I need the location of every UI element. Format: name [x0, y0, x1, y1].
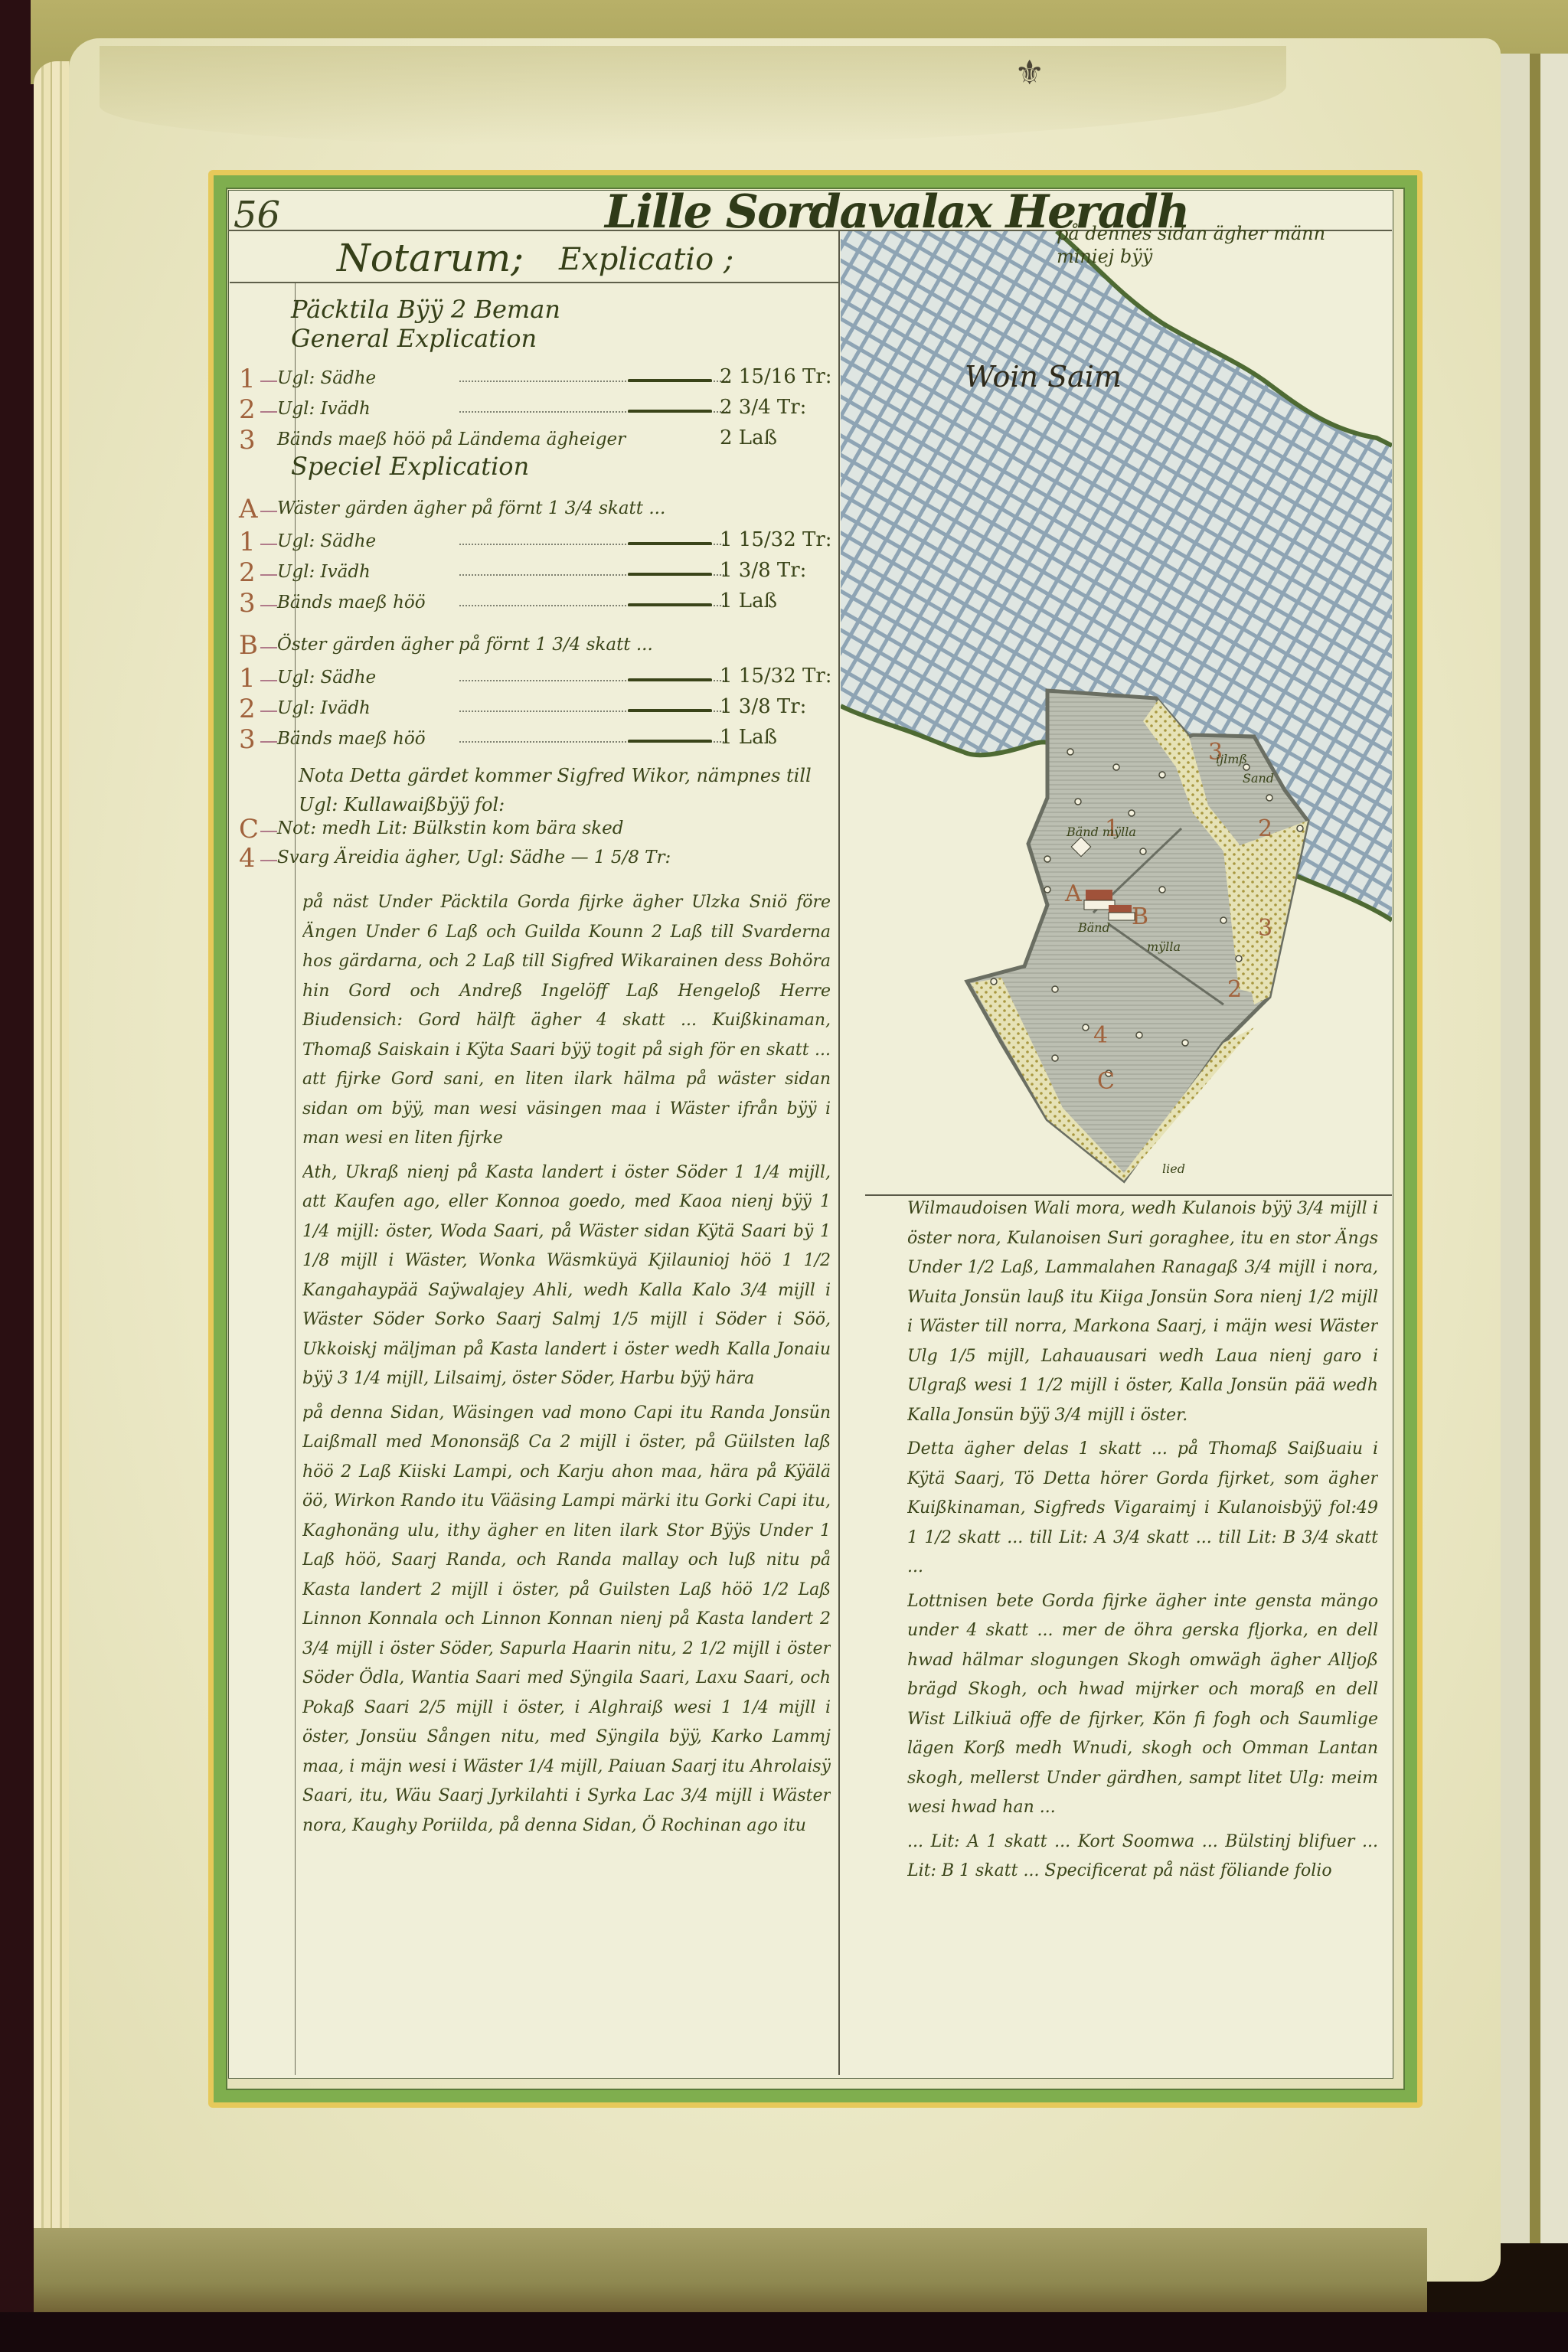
row-dash: [260, 680, 277, 681]
ledger-row: 2 Ugl: Ivädh 2 3/4 Tr:: [230, 396, 835, 426]
row-dash: [260, 831, 277, 832]
svg-text:2: 2: [1227, 976, 1242, 1003]
row-dash: [260, 860, 277, 861]
special-explication-title: Speciel Explication: [291, 452, 529, 481]
ledger-row: 1 Ugl: Sädhe 1 15/32 Tr:: [230, 665, 835, 695]
prose-paragraph: Ath, Ukraß nienj på Kasta landert i öste…: [302, 1158, 831, 1394]
row-mark: 2: [239, 694, 269, 724]
ledger-group-heading: A Wäster gärden ägher på förnt 1 3/4 ska…: [230, 495, 835, 526]
row-rule: [628, 678, 712, 681]
row-qty: 1 Laß: [720, 590, 777, 612]
row-dash: [260, 411, 277, 413]
book-cover-shadow: [0, 0, 34, 2352]
row-qty: 1 15/32 Tr:: [720, 665, 832, 688]
row-qty: 1 3/8 Tr:: [720, 695, 806, 718]
row-rule: [628, 379, 712, 382]
row-desc: Bänds maeß höö: [277, 593, 426, 612]
lake-label: Woin Saim: [965, 360, 1122, 394]
row-desc: Ugl: Ivädh: [277, 698, 371, 718]
svg-text:Bänd mÿlla: Bänd mÿlla: [1066, 825, 1136, 839]
svg-text:3: 3: [1258, 915, 1272, 942]
row-qty: 1 15/32 Tr:: [720, 528, 832, 551]
row-rule: [628, 573, 712, 576]
village-line: Päcktila Bÿÿ 2 Beman: [291, 295, 560, 324]
right-prose: Wilmaudoisen Wali mora, wedh Kulanois bÿ…: [907, 1194, 1378, 2075]
general-explication-title: General Explication: [291, 324, 537, 353]
row-mark: C: [239, 814, 269, 844]
prose-paragraph: på denna Sidan, Wäsingen vad mono Capi i…: [302, 1399, 831, 1841]
row-rule: [628, 410, 712, 413]
nota-text: Nota Detta gärdet kommer Sigfred Wikor, …: [299, 761, 827, 819]
row-rule: [628, 603, 712, 606]
prose-paragraph: Detta ägher delas 1 skatt ... på Thomaß …: [907, 1435, 1378, 1583]
row-dash: [260, 544, 277, 545]
subheader-row: [230, 230, 838, 283]
row-dash: [260, 574, 277, 576]
left-prose: på näst Under Päcktila Gorda fijrke äghe…: [302, 888, 831, 2075]
row-desc: Not: medh Lit: Bülkstin kom bära sked: [277, 818, 623, 838]
group-mark: B: [239, 630, 269, 661]
row-dash: [260, 741, 277, 743]
row-desc: Ugl: Sädhe: [277, 368, 376, 388]
ledger-row: 3 Bänds maeß höö 1 Laß: [230, 726, 835, 756]
ledger-row: 1 Ugl: Sädhe 1 15/32 Tr:: [230, 528, 835, 559]
row-desc: Ugl: Ivädh: [277, 562, 371, 582]
row-mark: 4: [239, 843, 269, 874]
notarum-label: Notarum;: [337, 236, 524, 280]
ledger-group-heading: B Öster gärden ägher på förnt 1 3/4 skat…: [230, 632, 835, 662]
row-mark: 3: [239, 425, 269, 456]
row-rule: [628, 542, 712, 545]
row-dash: [260, 511, 277, 512]
page-bottom-shadow: [34, 2228, 1427, 2320]
row-desc: Svarg Äreidia ägher, Ugl: Sädhe — 1 5/8 …: [277, 848, 671, 867]
svg-text:C: C: [1097, 1068, 1115, 1095]
row-qty: 2 3/4 Tr:: [720, 396, 806, 419]
svg-text:Sand: Sand: [1243, 771, 1274, 786]
prose-paragraph: Lottnisen bete Gorda fijrke ägher inte g…: [907, 1587, 1378, 1823]
row-qty: 2 15/16 Tr:: [720, 365, 832, 388]
nota-block: Nota Detta gärdet kommer Sigfred Wikor, …: [230, 758, 835, 818]
row-desc: Bänds maeß höö: [277, 729, 426, 749]
row-mark: 3: [239, 588, 269, 619]
row-dash: [260, 605, 277, 606]
ledger-row: 3 Bänds maeß höö 1 Laß: [230, 590, 835, 620]
row-mark: 3: [239, 724, 269, 755]
row-qty: 1 Laß: [720, 726, 777, 749]
row-desc: Ugl: Sädhe: [277, 531, 376, 551]
row-desc: Ugl: Sädhe: [277, 668, 376, 688]
ledger-row: 2 Ugl: Ivädh 1 3/8 Tr:: [230, 695, 835, 726]
row-dash: [260, 710, 277, 712]
photo-scene: ⚜ 56 Lille Sordavalax Heradh Notarum; Ex…: [0, 0, 1568, 2352]
ledger-row: 1 Ugl: Sädhe 2 15/16 Tr:: [230, 365, 835, 396]
row-rule: [628, 709, 712, 712]
fleur-de-lis-icon: ⚜: [1014, 54, 1044, 93]
estate-parcel: 1 2 2 3 3 4 A B C Bänd mÿlla Bänd mÿlla …: [967, 691, 1308, 1181]
column-divider: [838, 230, 840, 2075]
explicatio-label: Explicatio ;: [559, 242, 733, 277]
ledger-row-c: C Not: medh Lit: Bülkstin kom bära sked: [230, 815, 835, 846]
prose-paragraph: ... Lit: A 1 skatt ... Kort Soomwa ... B…: [907, 1828, 1378, 1886]
row-mark: 1: [239, 527, 269, 557]
prose-paragraph: på näst Under Päcktila Gorda fijrke äghe…: [302, 888, 831, 1154]
group-heading: Wäster gärden ägher på förnt 1 3/4 skatt…: [277, 498, 665, 518]
svg-text:ijlmß: ijlmß: [1216, 752, 1247, 766]
svg-text:2: 2: [1258, 815, 1272, 842]
prose-paragraph: Wilmaudoisen Wali mora, wedh Kulanois bÿ…: [907, 1194, 1378, 1430]
row-dash: [260, 381, 277, 382]
row-mark: 1: [239, 663, 269, 694]
bottom-dark-band: [0, 2312, 1568, 2352]
map-top-note: på dennes sidan ägher männ miniej bÿÿ: [1057, 222, 1386, 268]
row-qty: 2 Laß: [720, 426, 777, 449]
row-mark: 1: [239, 364, 269, 394]
ledger-row: 2 Ugl: Ivädh 1 3/8 Tr:: [230, 559, 835, 590]
svg-text:mÿlla: mÿlla: [1147, 939, 1181, 954]
row-qty: 1 3/8 Tr:: [720, 559, 806, 582]
row-mark: 2: [239, 557, 269, 588]
svg-text:A: A: [1064, 880, 1082, 907]
row-rule: [628, 740, 712, 743]
svg-text:B: B: [1132, 903, 1148, 930]
svg-text:4: 4: [1093, 1022, 1108, 1049]
row-desc: Ugl: Ivädh: [277, 399, 371, 419]
group-heading: Öster gärden ägher på förnt 1 3/4 skatt …: [277, 635, 653, 655]
row-mark: 2: [239, 394, 269, 425]
group-mark: A: [239, 494, 269, 524]
svg-text:Bänd: Bänd: [1077, 920, 1110, 935]
row-desc: Bänds maeß höö på Ländema ägheiger: [277, 430, 626, 449]
svg-text:lied: lied: [1162, 1161, 1185, 1176]
ledger-row-4: 4 Svarg Äreidia ägher, Ugl: Sädhe — 1 5/…: [230, 844, 835, 875]
row-dash: [260, 647, 277, 648]
